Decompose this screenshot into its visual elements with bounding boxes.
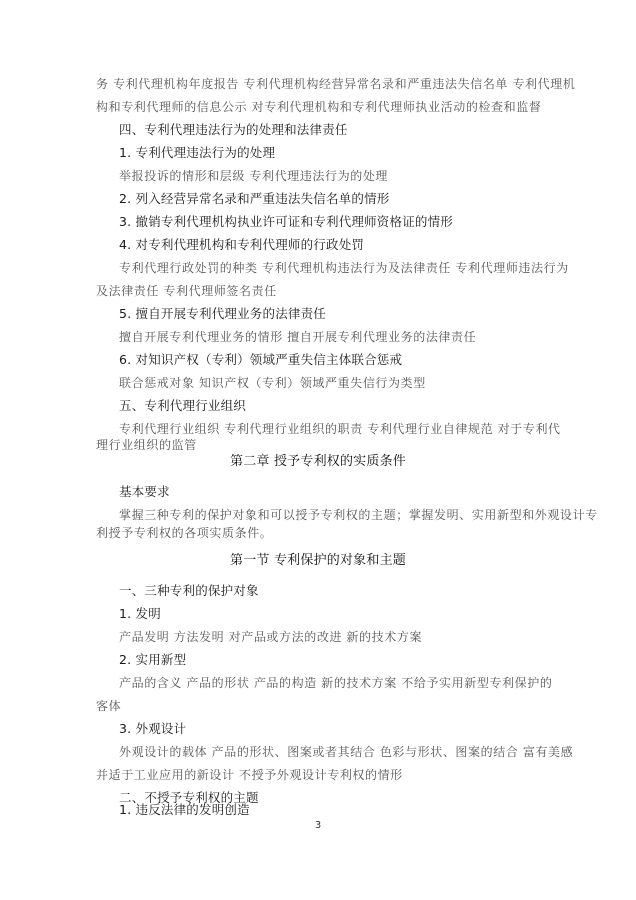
subheading: 1. 违反法律的发明创造 (119, 802, 567, 818)
subheading: 6. 对知识产权（专利）领域严重失信主体联合惩戒 (119, 352, 567, 368)
chapter-title: 第二章 授予专利权的实质条件 (0, 454, 636, 470)
body-line: 构和专利代理师的信息公示 对专利代理机构和专利代理师执业活动的检查和监督 (96, 99, 544, 115)
subheading: 1. 专利代理违法行为的处理 (119, 145, 567, 161)
body-line: 专利代理行政处罚的种类 专利代理机构违法行为及法律责任 专利代理师违法行为 (119, 260, 567, 276)
subheading: 4. 对专利代理机构和专利代理师的行政处罚 (119, 237, 567, 253)
section-title: 第一节 专利保护的对象和主题 (0, 553, 636, 569)
body-line: 理行业组织的监管 (96, 437, 544, 453)
section-heading-1: 一、三种专利的保护对象 (119, 583, 567, 599)
section-heading-4: 四、专利代理违法行为的处理和法律责任 (119, 122, 567, 138)
body-line: 掌握三种专利的保护对象和可以授予专利权的主题；掌握发明、实用新型和外观设计专 (119, 507, 567, 523)
subheading: 3. 外观设计 (119, 721, 567, 737)
body-line: 务 专利代理机构年度报告 专利代理机构经营异常名录和严重违法失信名单 专利代理机 (96, 76, 544, 92)
subheading: 5. 擅自开展专利代理业务的法律责任 (119, 306, 567, 322)
body-line: 产品发明 方法发明 对产品或方法的改进 新的技术方案 (119, 629, 567, 645)
body-line: 擅自开展专利代理业务的情形 擅自开展专利代理业务的法律责任 (119, 329, 567, 345)
subheading: 2. 列入经营异常名录和严重违法失信名单的情形 (119, 191, 567, 207)
body-line: 及法律责任 专利代理师签名责任 (96, 283, 544, 299)
subheading: 2. 实用新型 (119, 652, 567, 668)
page-number: 3 (0, 820, 636, 831)
body-line: 举报投诉的情形和层级 专利代理违法行为的处理 (119, 168, 567, 184)
document-page: 务 专利代理机构年度报告 专利代理机构经营异常名录和严重违法失信名单 专利代理机… (0, 0, 636, 900)
subheading: 1. 发明 (119, 606, 567, 622)
body-line: 联合惩戒对象 知识产权（专利）领域严重失信行为类型 (119, 375, 567, 391)
body-line: 专利代理行业组织 专利代理行业组织的职责 专利代理行业自律规范 对于专利代 (119, 421, 567, 437)
body-line: 利授予专利权的各项实质条件。 (96, 525, 544, 541)
requirements-heading: 基本要求 (119, 484, 567, 500)
body-line: 并适于工业应用的新设计 不授予外观设计专利权的情形 (96, 767, 544, 783)
body-line: 客体 (96, 698, 544, 714)
subheading: 3. 撤销专利代理机构执业许可证和专利代理师资格证的情形 (119, 214, 567, 230)
body-line: 产品的含义 产品的形状 产品的构造 新的技术方案 不给予实用新型专利保护的 (119, 675, 567, 691)
section-heading-5: 五、专利代理行业组织 (119, 398, 567, 414)
body-line: 外观设计的载体 产品的形状、图案或者其结合 色彩与形状、图案的结合 富有美感 (119, 744, 567, 760)
